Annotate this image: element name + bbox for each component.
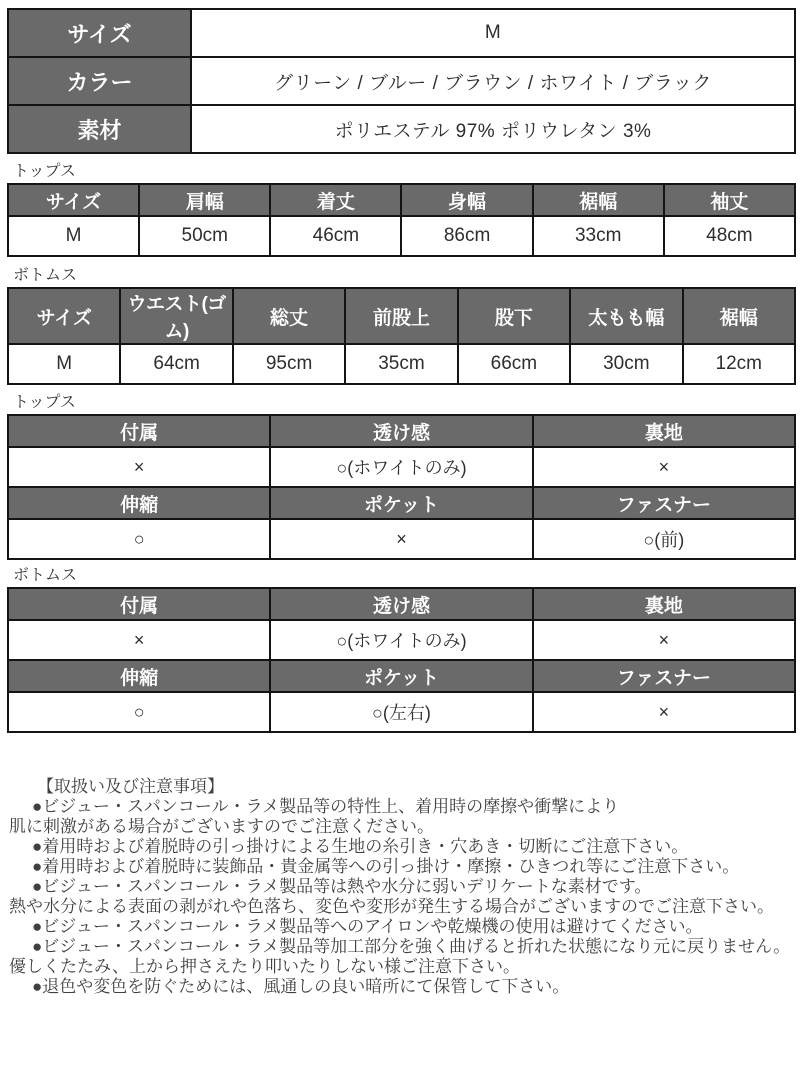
- section-label-tops-measurements: トップス: [13, 162, 800, 181]
- table-row: 付属 透け感 裏地: [8, 588, 795, 620]
- table-row: M 64cm 95cm 35cm 66cm 30cm 12cm: [8, 344, 795, 384]
- table-row: ○ ○(左右) ×: [8, 692, 795, 732]
- header-cell: 総丈: [233, 288, 345, 344]
- header-cell: 袖丈: [664, 184, 795, 216]
- note-line: 肌に刺激がある場合がございますのでご注意ください。: [7, 817, 800, 837]
- value-cell: ○: [8, 692, 270, 732]
- note-line: ●着用時および着脱時に装飾品・貴金属等への引っ掛け・摩擦・ひきつれ等にご注意下さ…: [7, 857, 800, 877]
- table-row: サイズ M: [8, 9, 795, 57]
- note-line: ●ビジュー・スパンコール・ラメ製品等の特性上、着用時の摩擦や衝撃により: [7, 797, 800, 817]
- value-cell: M: [8, 344, 120, 384]
- table-row: × ○(ホワイトのみ) ×: [8, 620, 795, 660]
- value-cell: 46cm: [270, 216, 401, 256]
- header-cell: ファスナー: [533, 487, 795, 519]
- value-cell: 48cm: [664, 216, 795, 256]
- table-row: 素材 ポリエステル 97% ポリウレタン 3%: [8, 105, 795, 153]
- table-row: 伸縮 ポケット ファスナー: [8, 660, 795, 692]
- value-cell: 66cm: [458, 344, 570, 384]
- section-label-bottoms-measurements: ボトムス: [13, 266, 800, 285]
- table-row: サイズ 肩幅 着丈 身幅 裾幅 袖丈: [8, 184, 795, 216]
- value-cell: 33cm: [533, 216, 664, 256]
- header-cell: 付属: [8, 415, 270, 447]
- header-cell: 透け感: [270, 588, 532, 620]
- header-cell: 裾幅: [533, 184, 664, 216]
- value-cell: ○: [8, 519, 270, 559]
- tops-features-table: 付属 透け感 裏地 × ○(ホワイトのみ) × 伸縮 ポケット ファスナー ○ …: [7, 414, 796, 560]
- value-cell: 95cm: [233, 344, 345, 384]
- value-cell: ×: [8, 620, 270, 660]
- value-cell: ×: [533, 620, 795, 660]
- table-row: サイズ ウエスト(ゴム) 総丈 前股上 股下 太もも幅 裾幅: [8, 288, 795, 344]
- header-cell: 肩幅: [139, 184, 270, 216]
- note-line: ●ビジュー・スパンコール・ラメ製品等加工部分を強く曲げると折れた状態になり元に戻…: [7, 937, 800, 957]
- table-row: ○ × ○(前): [8, 519, 795, 559]
- value-cell: ○(ホワイトのみ): [270, 447, 532, 487]
- header-cell: ウエスト(ゴム): [120, 288, 232, 344]
- header-cell: 裏地: [533, 588, 795, 620]
- value-cell: ○(ホワイトのみ): [270, 620, 532, 660]
- header-cell: 透け感: [270, 415, 532, 447]
- header-cell: ポケット: [270, 487, 532, 519]
- notes-title: 【取扱い及び注意事項】: [7, 777, 800, 797]
- product-spec-page: サイズ M カラー グリーン / ブルー / ブラウン / ホワイト / ブラッ…: [0, 8, 800, 1067]
- header-cell: ファスナー: [533, 660, 795, 692]
- header-cell: サイズ: [8, 288, 120, 344]
- header-cell: 前股上: [345, 288, 457, 344]
- value-cell: 50cm: [139, 216, 270, 256]
- header-cell: 伸縮: [8, 487, 270, 519]
- value-cell: ×: [533, 447, 795, 487]
- value-cell: 35cm: [345, 344, 457, 384]
- header-cell: 裏地: [533, 415, 795, 447]
- value-cell: ×: [8, 447, 270, 487]
- note-line: 優しくたたみ、上から押さえたり叩いたりしない様ご注意下さい。: [7, 957, 800, 977]
- spec-value-size: M: [191, 9, 795, 57]
- note-line: ●退色や変色を防ぐためには、風通しの良い暗所にて保管して下さい。: [7, 977, 800, 997]
- table-row: 付属 透け感 裏地: [8, 415, 795, 447]
- value-cell: ○(前): [533, 519, 795, 559]
- header-cell: ポケット: [270, 660, 532, 692]
- header-cell: 身幅: [401, 184, 532, 216]
- header-cell: 伸縮: [8, 660, 270, 692]
- note-line: ●着用時および着脱時の引っ掛けによる生地の糸引き・穴あき・切断にご注意下さい。: [7, 837, 800, 857]
- spec-value-color: グリーン / ブルー / ブラウン / ホワイト / ブラック: [191, 57, 795, 105]
- value-cell: ×: [270, 519, 532, 559]
- table-row: M 50cm 46cm 86cm 33cm 48cm: [8, 216, 795, 256]
- header-cell: 太もも幅: [570, 288, 682, 344]
- spec-label-material: 素材: [8, 105, 191, 153]
- header-cell: サイズ: [8, 184, 139, 216]
- note-line: 熱や水分による表面の剥がれや色落ち、変色や変形が発生する場合がございますのでご注…: [7, 897, 800, 917]
- tops-measurements-table: サイズ 肩幅 着丈 身幅 裾幅 袖丈 M 50cm 46cm 86cm 33cm…: [7, 183, 796, 257]
- spec-value-material: ポリエステル 97% ポリウレタン 3%: [191, 105, 795, 153]
- value-cell: 64cm: [120, 344, 232, 384]
- header-cell: 着丈: [270, 184, 401, 216]
- spec-label-color: カラー: [8, 57, 191, 105]
- value-cell: 86cm: [401, 216, 532, 256]
- bottoms-measurements-table: サイズ ウエスト(ゴム) 総丈 前股上 股下 太もも幅 裾幅 M 64cm 95…: [7, 287, 796, 385]
- care-notes: 【取扱い及び注意事項】 ●ビジュー・スパンコール・ラメ製品等の特性上、着用時の摩…: [7, 777, 800, 997]
- header-cell: 付属: [8, 588, 270, 620]
- header-cell: 股下: [458, 288, 570, 344]
- value-cell: ×: [533, 692, 795, 732]
- value-cell: M: [8, 216, 139, 256]
- value-cell: ○(左右): [270, 692, 532, 732]
- bottoms-features-table: 付属 透け感 裏地 × ○(ホワイトのみ) × 伸縮 ポケット ファスナー ○ …: [7, 587, 796, 733]
- value-cell: 30cm: [570, 344, 682, 384]
- spec-label-size: サイズ: [8, 9, 191, 57]
- general-spec-table: サイズ M カラー グリーン / ブルー / ブラウン / ホワイト / ブラッ…: [7, 8, 796, 154]
- section-label-tops-features: トップス: [13, 393, 800, 412]
- table-row: 伸縮 ポケット ファスナー: [8, 487, 795, 519]
- value-cell: 12cm: [683, 344, 795, 384]
- header-cell: 裾幅: [683, 288, 795, 344]
- table-row: カラー グリーン / ブルー / ブラウン / ホワイト / ブラック: [8, 57, 795, 105]
- note-line: ●ビジュー・スパンコール・ラメ製品等へのアイロンや乾燥機の使用は避けてください。: [7, 917, 800, 937]
- section-label-bottoms-features: ボトムス: [13, 566, 800, 585]
- table-row: × ○(ホワイトのみ) ×: [8, 447, 795, 487]
- note-line: ●ビジュー・スパンコール・ラメ製品等は熱や水分に弱いデリケートな素材です。: [7, 877, 800, 897]
